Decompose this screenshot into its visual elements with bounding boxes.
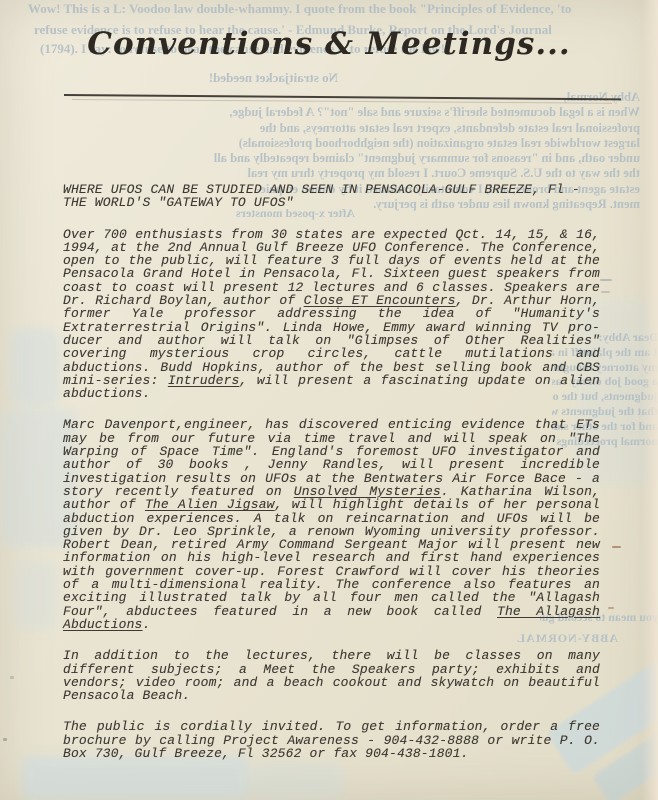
bleedthrough-stain: [10, 328, 60, 406]
article-title-line: THE WORLD'S "GATEWAY TO UFOS": [63, 196, 600, 209]
text-line: Abductions.: [63, 618, 600, 631]
bleedthrough-line: largest worldwide real estate organizati…: [25, 136, 640, 151]
text-line: In addition to the lectures, there will …: [63, 649, 600, 662]
ink-speck: [10, 676, 14, 679]
bleedthrough-stain: [252, 762, 344, 800]
bleedthrough-line: When is a legal documented sheriff's sei…: [25, 105, 640, 120]
text-line: open to the public, will feature 3 full …: [63, 254, 600, 267]
text-line: Box 730, Gulf Breeze, Fl 32562 or fax 90…: [63, 747, 600, 760]
text-line: Warping of Space Time". England's foremo…: [63, 445, 600, 458]
paragraph: In addition to the lectures, there will …: [63, 649, 600, 702]
text-line: 1994, at the 2nd Annual Gulf Breeze UFO …: [63, 241, 600, 254]
ink-speck: [601, 291, 610, 293]
paragraph: Marc Davenport,engineer, has discovered …: [63, 418, 600, 631]
article-title-line: WHERE UFOS CAN BE STUDIED AND SEEN IN PE…: [63, 183, 600, 196]
bleedthrough-stain: [14, 560, 58, 630]
text-line: Pensacola Grand Hotel in Pensacola, Fl. …: [63, 267, 600, 280]
rust-speck: [608, 607, 614, 609]
bleedthrough-mirrored-headline: No straitjacket needed!: [168, 70, 338, 86]
text-line: author of 30 books , Jenny Randles, will…: [63, 458, 600, 471]
text-line: Pensacola Beach.: [63, 689, 600, 702]
underlined-title: The Allagash: [497, 604, 600, 619]
text-line: with government cover-up. Forest Crawfor…: [63, 565, 600, 578]
bleedthrough-stain: [22, 756, 250, 800]
section-masthead: Conventions & Meetings...: [0, 26, 658, 62]
text-line: The public is cordially invited. To get …: [63, 720, 600, 733]
paragraph: Over 700 enthusiasts from 30 states are …: [63, 228, 600, 401]
text-line: given by Dr. Leo Sprinkle, a renown Wyom…: [63, 525, 600, 538]
bleedthrough-top-line: Wow! This is a L: Voodoo law double-wham…: [28, 1, 571, 17]
text-line: Marc Davenport,engineer, has discovered …: [63, 418, 600, 431]
text-line: author of The Alien Jigsaw, will highlig…: [63, 498, 600, 511]
text-line: different subjects; a Meet the Speakers …: [63, 663, 600, 676]
article: WHERE UFOS CAN BE STUDIED AND SEEN IN PE…: [63, 183, 600, 760]
text-line: Four", abductees featured in a new book …: [63, 605, 600, 618]
text-line: abductions. Budd Hopkins, author of the …: [63, 361, 600, 374]
scanned-newsletter-page: Wow! This is a L: Voodoo law double-wham…: [0, 0, 658, 800]
text-line: story recently featured on Unsolved Myst…: [63, 485, 600, 498]
text-line: Dr. Richard Boylan, author of Close ET E…: [63, 294, 600, 307]
text-line: of a multi-dimensional reality. The conf…: [63, 578, 600, 591]
bleedthrough-line: the the way to the U.S. Supreme Court. I…: [25, 166, 640, 181]
text-line: may be from our future via time travel a…: [63, 432, 600, 445]
paragraph: The public is cordially invited. To get …: [63, 720, 600, 760]
text-line: covering mysterious crop circles, cattle…: [63, 347, 600, 360]
ink-speck: [3, 738, 7, 741]
section-title: Conventions & Meetings...: [87, 26, 570, 62]
scan-edge-highlight: [642, 0, 658, 800]
text-line: exciting illustrated talk by all four me…: [63, 591, 600, 604]
text-line: information on his high-level research a…: [63, 551, 600, 564]
text-line: Robert Dean, retired Army Command Sergea…: [63, 538, 600, 551]
bleedthrough-line: under oath, and in "reasons for summary …: [25, 151, 640, 166]
text-line: mini-series: Intruders, will present a f…: [63, 374, 600, 387]
bleedthrough-line: professional real estate defendants, exp…: [25, 121, 640, 136]
text-line: former Yale professor addressing the ide…: [63, 307, 600, 320]
underlined-title: The Alien Jigsaw: [145, 497, 275, 512]
ink-speck: [600, 279, 612, 281]
text-line: investigation results on UFOs at the Ben…: [63, 472, 600, 485]
article-body: Over 700 enthusiasts from 30 states are …: [63, 228, 600, 761]
text-line: ducer and author will talk on "Glimpses …: [63, 334, 600, 347]
text-line: brochure by calling Project Awareness - …: [63, 734, 600, 747]
text-line: Extraterrestrial Origins". Linda Howe, E…: [63, 321, 600, 334]
text-line: abduction experiences. A talk on reincar…: [63, 512, 600, 525]
underlined-title: Intruders: [168, 373, 240, 388]
text-line: coast to coast will present 12 lectures …: [63, 281, 600, 294]
text-line: vendors; video room; and a beach cookout…: [63, 676, 600, 689]
text-line: Over 700 enthusiasts from 30 states are …: [63, 228, 600, 241]
text-line: abductions.: [63, 387, 600, 400]
article-title: WHERE UFOS CAN BE STUDIED AND SEEN IN PE…: [63, 183, 600, 210]
rust-speck: [612, 546, 621, 548]
underlined-title: Abductions: [63, 617, 143, 632]
